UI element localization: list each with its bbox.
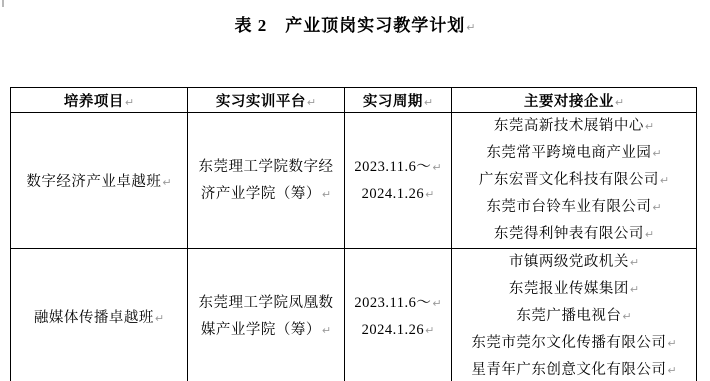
platform-line: 东莞理工学院凤凰数 bbox=[188, 290, 344, 317]
header-cell-project: 培养项目↵ bbox=[11, 88, 188, 113]
platform-text: 东莞理工学院凤凰数 bbox=[199, 295, 334, 311]
enterprise-item: 东莞常平跨境电商产业园↵ bbox=[452, 140, 696, 167]
enterprise-name: 东莞市莞尔文化传播有限公司 bbox=[471, 335, 666, 351]
table-caption-text: 表 2 产业顶岗实习教学计划 bbox=[235, 16, 466, 35]
paragraph-mark: ↵ bbox=[645, 120, 654, 133]
paragraph-mark: ↵ bbox=[162, 176, 171, 189]
cell-enterprises: 东莞高新技术展销中心↵ 东莞常平跨境电商产业园↵ 广东宏晋文化科技有限公司↵ 东… bbox=[452, 113, 697, 249]
enterprise-item: 星青年广东创意文化有限公司↵ bbox=[452, 357, 696, 381]
enterprise-name: 东莞高新技术展销中心 bbox=[494, 118, 644, 134]
paragraph-mark: ↵ bbox=[630, 283, 639, 296]
period-line: 2023.11.6～↵ bbox=[345, 154, 451, 181]
cell-period: 2023.11.6～↵ 2024.1.26↵ bbox=[345, 249, 452, 381]
project-name: 数字经济产业卓越班 bbox=[26, 174, 161, 190]
project-name: 融媒体传播卓越班 bbox=[34, 310, 154, 326]
platform-line: 媒产业学院（筹）↵ bbox=[188, 317, 344, 344]
enterprise-name: 东莞常平跨境电商产业园 bbox=[486, 145, 651, 161]
table-caption: 表 2 产业顶岗实习教学计划↵ bbox=[0, 11, 710, 36]
paragraph-mark: ↵ bbox=[125, 96, 134, 109]
paragraph-mark: ↵ bbox=[322, 324, 331, 337]
enterprise-item: 市镇两级党政机关↵ bbox=[452, 249, 696, 276]
enterprise-name: 东莞广播电视台 bbox=[516, 308, 621, 324]
enterprise-item: 东莞报业传媒集团↵ bbox=[452, 276, 696, 303]
paragraph-mark: ↵ bbox=[425, 324, 434, 337]
cell-platform: 东莞理工学院数字经 济产业学院（筹）↵ bbox=[188, 113, 345, 249]
document-page: 表 2 产业顶岗实习教学计划↵ 培养项目↵ 实习实训平台↵ 实习周期↵ 主要对接… bbox=[0, 0, 710, 381]
period-end: 2024.1.26 bbox=[362, 186, 425, 202]
header-cell-platform: 实习实训平台↵ bbox=[188, 88, 345, 113]
cell-platform: 东莞理工学院凤凰数 媒产业学院（筹）↵ bbox=[188, 249, 345, 381]
paragraph-mark: ↵ bbox=[630, 256, 639, 269]
header-label: 主要对接企业 bbox=[524, 94, 614, 110]
paragraph-mark: ↵ bbox=[466, 21, 475, 34]
paragraph-mark: ↵ bbox=[660, 174, 669, 187]
paragraph-mark: ↵ bbox=[615, 96, 624, 109]
enterprise-item: 东莞市台铃车业有限公司↵ bbox=[452, 194, 696, 221]
paragraph-mark: ↵ bbox=[424, 96, 433, 109]
paragraph-mark: ↵ bbox=[155, 312, 164, 325]
period-end: 2024.1.26 bbox=[362, 322, 425, 338]
cell-enterprises: 市镇两级党政机关↵ 东莞报业传媒集团↵ 东莞广播电视台↵ 东莞市莞尔文化传播有限… bbox=[452, 249, 697, 381]
cell-project: 融媒体传播卓越班↵ bbox=[11, 249, 188, 381]
paragraph-mark: ↵ bbox=[667, 337, 676, 350]
paragraph-mark: ↵ bbox=[622, 310, 631, 323]
period-line: 2023.11.6～↵ bbox=[345, 290, 451, 317]
period-line: 2024.1.26↵ bbox=[345, 317, 451, 344]
enterprise-item: 东莞广播电视台↵ bbox=[452, 303, 696, 330]
header-label: 培养项目 bbox=[64, 94, 124, 110]
header-label: 实习周期 bbox=[363, 94, 423, 110]
paragraph-mark: ↵ bbox=[652, 147, 661, 160]
stray-formatting-mark bbox=[2, 0, 4, 7]
internship-plan-table: 培养项目↵ 实习实训平台↵ 实习周期↵ 主要对接企业↵ 数字经济产业卓越班↵ 东… bbox=[10, 87, 697, 381]
paragraph-mark: ↵ bbox=[652, 201, 661, 214]
table-row: 融媒体传播卓越班↵ 东莞理工学院凤凰数 媒产业学院（筹）↵ 2023.11.6～… bbox=[11, 249, 697, 381]
header-cell-period: 实习周期↵ bbox=[345, 88, 452, 113]
enterprise-item: 东莞高新技术展销中心↵ bbox=[452, 113, 696, 140]
enterprise-name: 市镇两级党政机关 bbox=[509, 254, 629, 270]
header-row: 培养项目↵ 实习实训平台↵ 实习周期↵ 主要对接企业↵ bbox=[11, 88, 697, 113]
paragraph-mark: ↵ bbox=[432, 297, 441, 310]
paragraph-mark: ↵ bbox=[645, 228, 654, 241]
enterprise-name: 星青年广东创意文化有限公司 bbox=[471, 362, 666, 378]
cell-project: 数字经济产业卓越班↵ bbox=[11, 113, 188, 249]
platform-text: 济产业学院（筹） bbox=[201, 186, 321, 202]
paragraph-mark: ↵ bbox=[667, 364, 676, 377]
enterprise-name: 东莞得利钟表有限公司 bbox=[494, 226, 644, 242]
enterprise-name: 东莞报业传媒集团 bbox=[509, 281, 629, 297]
platform-text: 媒产业学院（筹） bbox=[201, 322, 321, 338]
paragraph-mark: ↵ bbox=[307, 96, 316, 109]
enterprise-name: 广东宏晋文化科技有限公司 bbox=[479, 172, 659, 188]
period-line: 2024.1.26↵ bbox=[345, 181, 451, 208]
paragraph-mark: ↵ bbox=[322, 188, 331, 201]
enterprise-name: 东莞市台铃车业有限公司 bbox=[486, 199, 651, 215]
platform-line: 济产业学院（筹）↵ bbox=[188, 181, 344, 208]
platform-text: 东莞理工学院数字经 bbox=[199, 159, 334, 175]
header-cell-enterprises: 主要对接企业↵ bbox=[452, 88, 697, 113]
enterprise-item: 东莞市莞尔文化传播有限公司↵ bbox=[452, 330, 696, 357]
platform-line: 东莞理工学院数字经 bbox=[188, 154, 344, 181]
period-start: 2023.11.6～ bbox=[354, 159, 431, 175]
period-start: 2023.11.6～ bbox=[354, 295, 431, 311]
paragraph-mark: ↵ bbox=[425, 188, 434, 201]
cell-period: 2023.11.6～↵ 2024.1.26↵ bbox=[345, 113, 452, 249]
enterprise-item: 东莞得利钟表有限公司↵ bbox=[452, 221, 696, 248]
header-label: 实习实训平台 bbox=[216, 94, 306, 110]
paragraph-mark: ↵ bbox=[432, 161, 441, 174]
table-row: 数字经济产业卓越班↵ 东莞理工学院数字经 济产业学院（筹）↵ 2023.11.6… bbox=[11, 113, 697, 249]
enterprise-item: 广东宏晋文化科技有限公司↵ bbox=[452, 167, 696, 194]
